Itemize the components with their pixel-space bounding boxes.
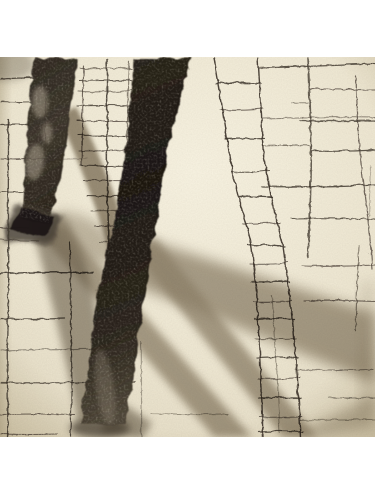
vignette [0, 57, 375, 437]
page [0, 0, 375, 498]
artwork-print [0, 57, 375, 437]
